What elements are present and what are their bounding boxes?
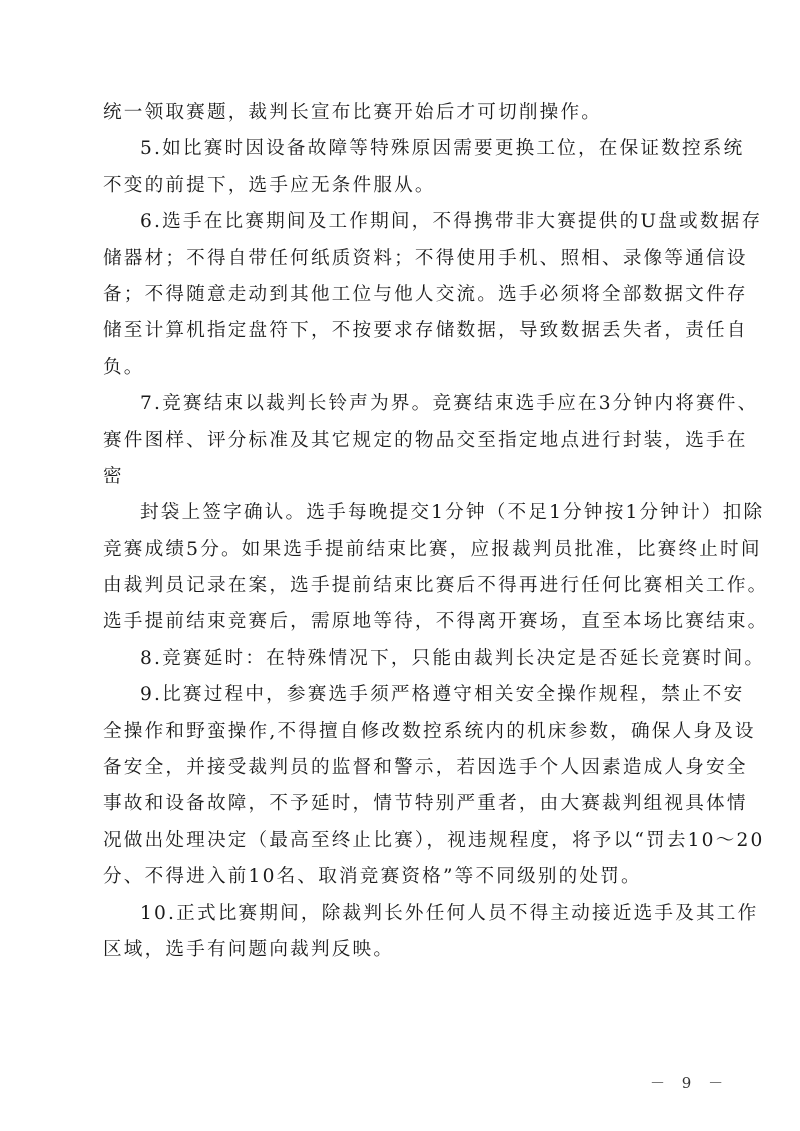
text-line: 统一领取赛题，裁判长宣布比赛开始后才可切削操作。 (103, 95, 699, 131)
text-line: 储器材；不得自带任何纸质资料；不得使用手机、照相、录像等通信设 (103, 241, 699, 277)
text-line: 分、不得进入前10名、取消竞赛资格”等不同级别的处罚。 (103, 859, 699, 895)
text-line: 区域，选手有问题向裁判反映。 (103, 932, 699, 968)
text-line: 赛件图样、评分标准及其它规定的物品交至指定地点进行封装，选手在 (103, 423, 699, 459)
document-page: 统一领取赛题，裁判长宣布比赛开始后才可切削操作。 5.如比赛时因设备故障等特殊原… (0, 0, 800, 1131)
text-line: 9.比赛过程中，参赛选手须严格遵守相关安全操作规程，禁止不安 (103, 677, 699, 713)
text-line: 负。 (103, 350, 699, 386)
text-line: 备；不得随意走动到其他工位与他人交流。选手必须将全部数据文件存 (103, 277, 699, 313)
text-line: 不变的前提下，选手应无条件服从。 (103, 168, 699, 204)
text-line: 封袋上签字确认。选手每晚提交1分钟（不足1分钟按1分钟计）扣除 (103, 495, 699, 531)
text-line: 事故和设备故障，不予延时，情节特别严重者，由大赛裁判组视具体情 (103, 786, 699, 822)
text-line: 10.正式比赛期间，除裁判长外任何人员不得主动接近选手及其工作 (103, 896, 699, 932)
text-line: 密 (103, 459, 699, 495)
text-line: 选手提前结束竞赛后，需原地等待，不得离开赛场，直至本场比赛结束。 (103, 604, 699, 640)
text-line: 备安全，并接受裁判员的监督和警示，若因选手个人因素造成人身安全 (103, 750, 699, 786)
text-line: 由裁判员记录在案，选手提前结束比赛后不得再进行任何比赛相关工作。 (103, 568, 699, 604)
text-line: 况做出处理决定（最高至终止比赛），视违规程度，将予以“罚去10～20 (103, 823, 699, 859)
body-text: 统一领取赛题，裁判长宣布比赛开始后才可切削操作。 5.如比赛时因设备故障等特殊原… (103, 95, 699, 968)
text-line: 8.竞赛延时：在特殊情况下，只能由裁判长决定是否延长竞赛时间。 (103, 641, 699, 677)
text-line: 5.如比赛时因设备故障等特殊原因需要更换工位，在保证数控系统 (103, 131, 699, 167)
text-line: 全操作和野蛮操作,不得擅自修改数控系统内的机床参数，确保人身及设 (103, 714, 699, 750)
text-line: 6.选手在比赛期间及工作期间，不得携带非大赛提供的U盘或数据存 (103, 204, 699, 240)
text-line: 7.竞赛结束以裁判长铃声为界。竞赛结束选手应在3分钟内将赛件、 (103, 386, 699, 422)
text-line: 竞赛成绩5分。如果选手提前结束比赛，应报裁判员批准，比赛终止时间 (103, 532, 699, 568)
page-number: － 9 － (650, 1072, 729, 1093)
text-line: 储至计算机指定盘符下，不按要求存储数据，导致数据丢失者，责任自 (103, 313, 699, 349)
